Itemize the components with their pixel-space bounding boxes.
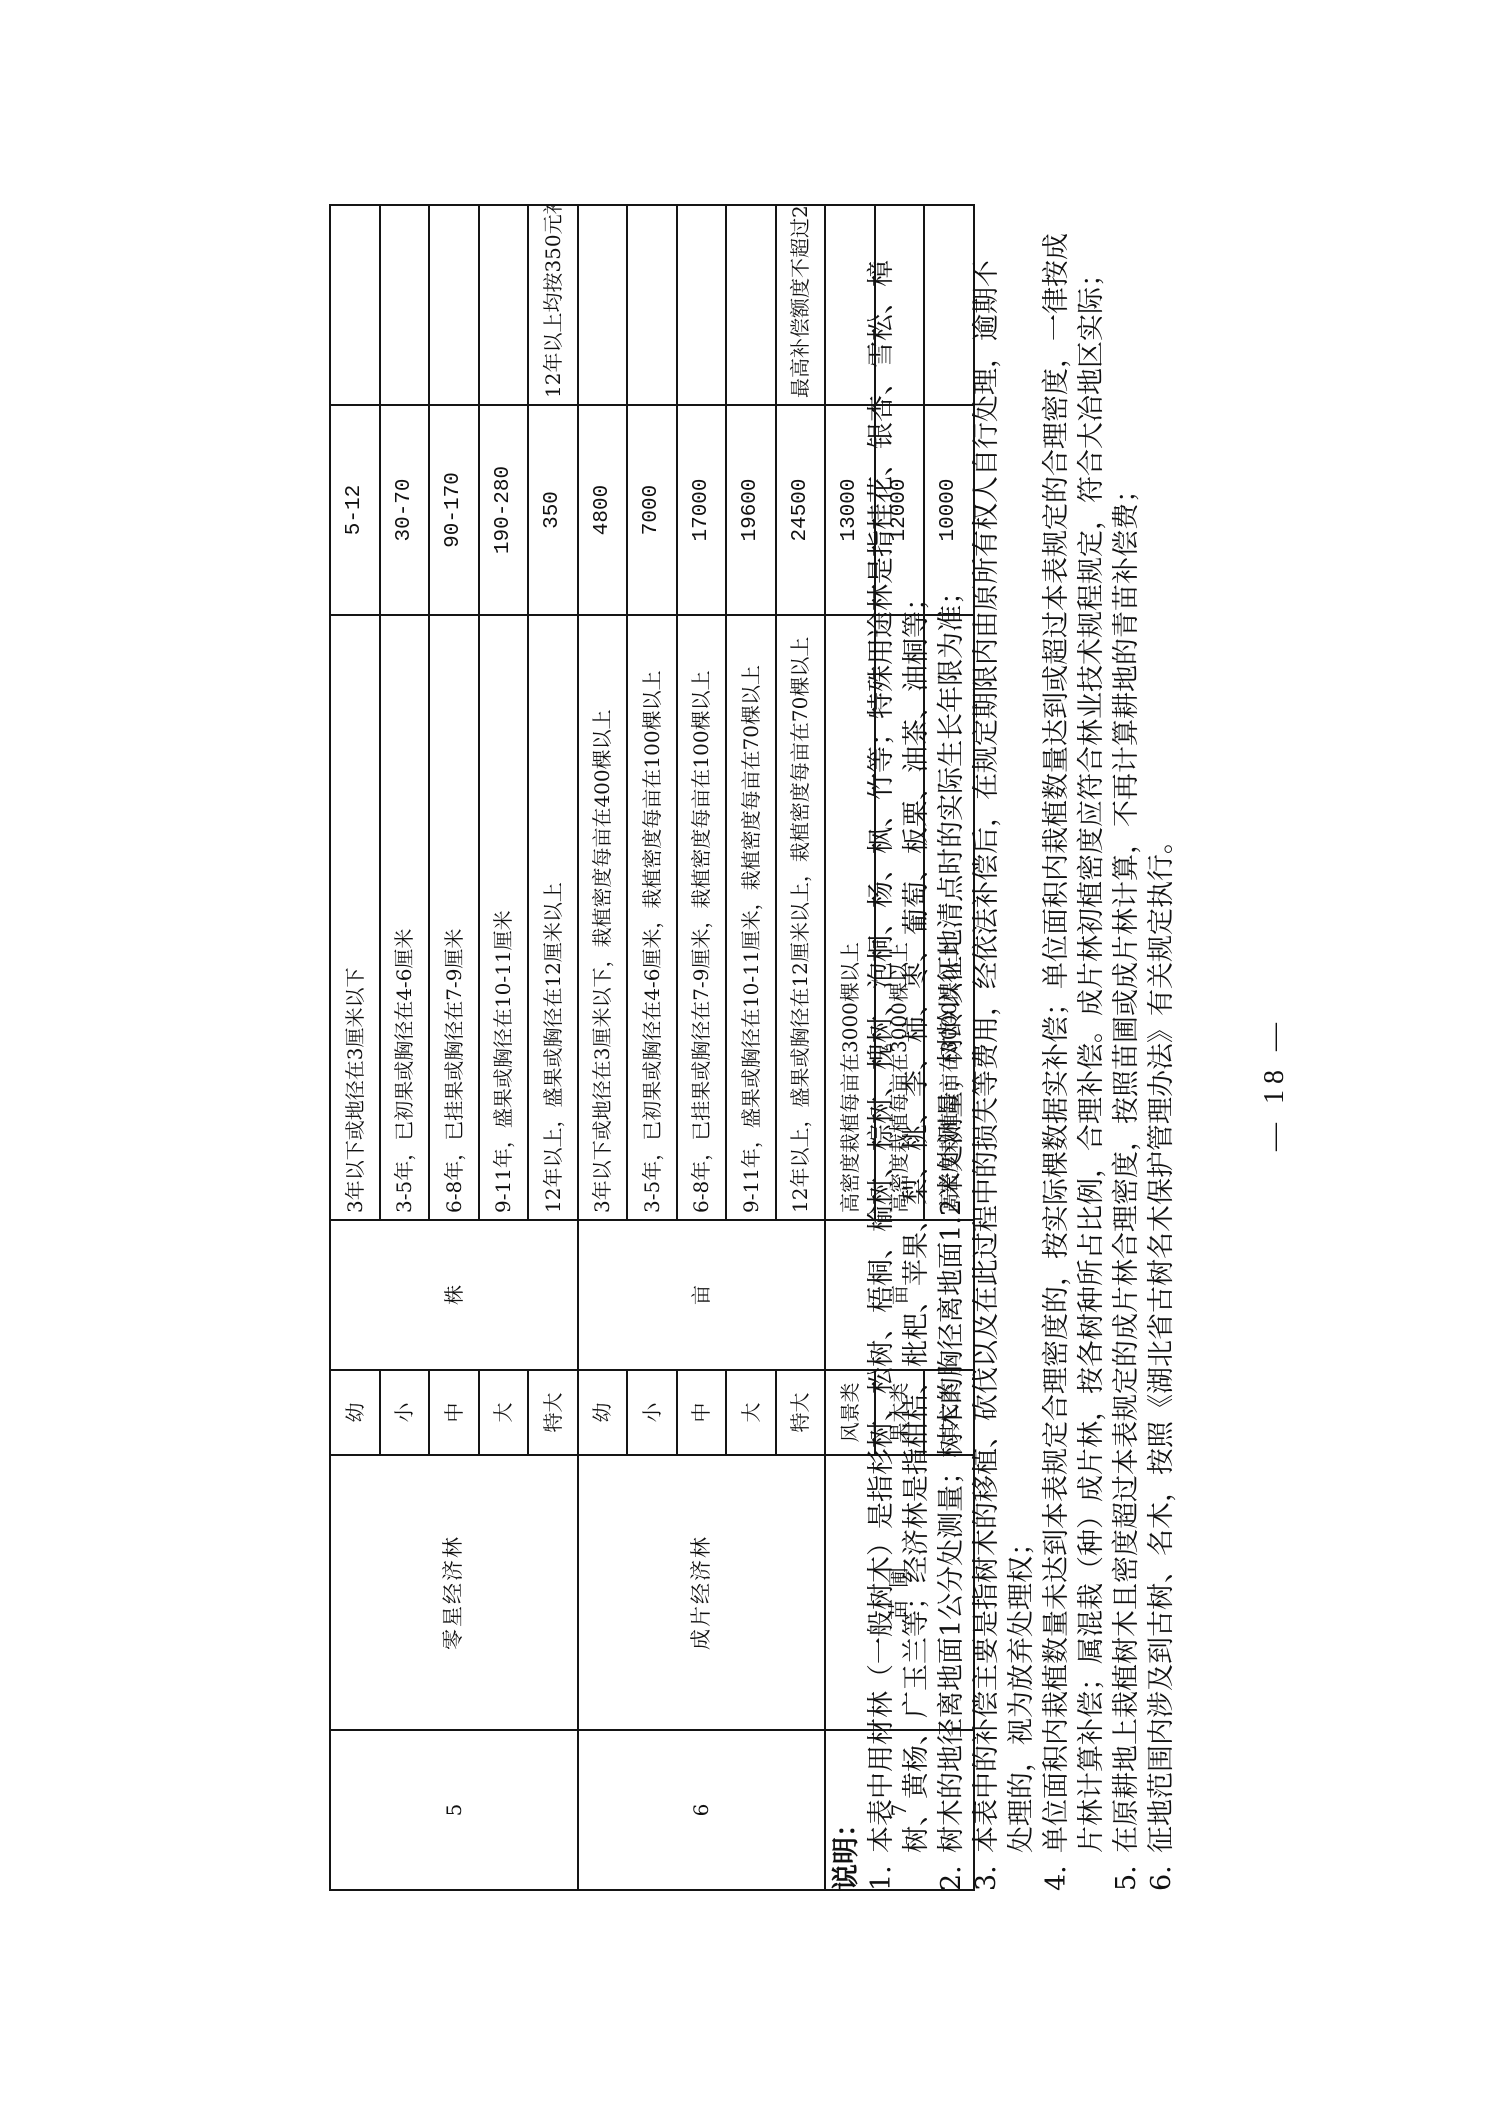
remark-cell: 最高补偿额度不超过24500元/亩 [776,205,826,405]
price-cell: 19600 [726,405,776,615]
note-index: 6. [1144,1853,1179,1891]
remark-cell [578,205,628,405]
page-number: — 18 — [1259,1017,1291,1151]
remark-cell [429,205,479,405]
size-cell: 大 [726,1370,776,1455]
size-cell: 大 [479,1370,529,1455]
remark-cell: 12年以上均按350元补偿 [528,205,578,405]
note-item: 4. 单位面积内栽植数量未达到本表规定合理密度的，按实际棵数据实补偿；单位面积内… [1039,191,1074,1891]
size-cell: 小 [380,1370,430,1455]
standard-cell: 3年以下或地径在3厘米以下 [330,615,380,1220]
remark-cell [677,205,727,405]
row-number: 5 [330,1730,578,1890]
note-item: 3. 本表中的补偿主要是指树木的移植、砍伐以及在此过程中的损失等费用，经依法补偿… [969,191,1004,1891]
note-index: 2. [934,1853,969,1891]
price-cell: 350 [528,405,578,615]
category-cell: 成片经济林 [578,1455,826,1730]
size-cell: 小 [627,1370,677,1455]
note-text-continued: 树、黄杨、广玉兰等；经济林是指柑桔、枇杷、苹果、梨、桃、李、柿、枣、葡萄、板栗、… [899,191,934,1891]
standard-cell: 3-5年，已初果或胸径在4-6厘米 [380,615,430,1220]
unit-cell: 亩 [578,1220,826,1370]
price-cell: 17000 [677,405,727,615]
note-text: 在原耕地上栽植树木且密度超过本表规定的成片林合理密度，按照苗圃或成片林计算，不再… [1109,476,1144,1853]
price-cell: 7000 [627,405,677,615]
unit-cell: 株 [330,1220,578,1370]
notes-section: 说明： 1. 本表中用材林（一般树木）是指杉树、松树、梧桐、榆树、棕树、槐树、泡… [829,191,1179,1891]
price-cell: 30-70 [380,405,430,615]
note-item: 5. 在原耕地上栽植树木且密度超过本表规定的成片林合理密度，按照苗圃或成片林计算… [1109,191,1144,1891]
note-index: 5. [1109,1853,1144,1891]
rotated-document-page: 5 零星经济林 幼 株 3年以下或地径在3厘米以下 5-12 小 3-5年，已初… [124,121,1364,1981]
note-index: 1. [864,1853,899,1891]
price-cell: 4800 [578,405,628,615]
note-text: 本表中的补偿主要是指树木的移植、砍伐以及在此过程中的损失等费用，经依法补偿后，在… [969,260,1004,1853]
note-text-continued: 片林计算补偿；属混栽（种）成片林，按各树种所占比例，合理补偿。成片林初植密度应符… [1074,191,1109,1891]
size-cell: 幼 [578,1370,628,1455]
note-index: 4. [1039,1853,1074,1891]
table-row: 5 零星经济林 幼 株 3年以下或地径在3厘米以下 5-12 [330,205,380,1890]
note-text: 本表中用材林（一般树木）是指杉树、松树、梧桐、榆树、棕树、槐树、泡桐、杨、枫、竹… [864,260,899,1853]
note-item: 6. 征地范围内涉及到古树、名木，按照《湖北省古树名木保护管理办法》有关规定执行… [1144,191,1179,1891]
size-cell: 中 [429,1370,479,1455]
category-cell: 零星经济林 [330,1455,578,1730]
note-text: 树木的地径离地面1公分处测量；树木的胸径离地面1.2米处测量；树龄以征地清点时的… [934,578,969,1853]
standard-cell: 9-11年，盛果或胸径在10-11厘米 [479,615,529,1220]
note-index: 3. [969,1853,1004,1891]
size-cell: 特大 [776,1370,826,1455]
note-item: 1. 本表中用材林（一般树木）是指杉树、松树、梧桐、榆树、棕树、槐树、泡桐、杨、… [864,191,899,1891]
note-text-continued: 处理的，视为放弃处理权； [1004,191,1039,1891]
size-cell: 中 [677,1370,727,1455]
note-item: 2. 树木的地径离地面1公分处测量；树木的胸径离地面1.2米处测量；树龄以征地清… [934,191,969,1891]
price-cell: 5-12 [330,405,380,615]
table-row: 6 成片经济林 幼 亩 3年以下或地径在3厘米以下，栽植密度每亩在400棵以上 … [578,205,628,1890]
price-cell: 190-280 [479,405,529,615]
standard-cell: 6-8年，已挂果或胸径在7-9厘米，栽植密度每亩在100棵以上 [677,615,727,1220]
remark-cell [726,205,776,405]
remark-cell [627,205,677,405]
size-cell: 幼 [330,1370,380,1455]
standard-cell: 12年以上，盛果或胸径在12厘米以上 [528,615,578,1220]
remark-cell [479,205,529,405]
price-cell: 90-170 [429,405,479,615]
size-cell: 特大 [528,1370,578,1455]
standard-cell: 6-8年，已挂果或胸径在7-9厘米 [429,615,479,1220]
row-number: 6 [578,1730,826,1890]
standard-cell: 12年以上，盛果或胸径在12厘米以上，栽植密度每亩在70棵以上 [776,615,826,1220]
remark-cell [380,205,430,405]
standard-cell: 3年以下或地径在3厘米以下，栽植密度每亩在400棵以上 [578,615,628,1220]
notes-title: 说明： [829,191,864,1891]
price-cell: 24500 [776,405,826,615]
standard-cell: 9-11年，盛果或胸径在10-11厘米，栽植密度每亩在70棵以上 [726,615,776,1220]
note-text: 单位面积内栽植数量未达到本表规定合理密度的，按实际棵数据实补偿；单位面积内栽植数… [1039,233,1074,1853]
standard-cell: 3-5年，已初果或胸径在4-6厘米，栽植密度每亩在100棵以上 [627,615,677,1220]
note-text: 征地范围内涉及到古树、名木，按照《湖北省古树名木保护管理办法》有关规定执行。 [1144,827,1179,1853]
remark-cell [330,205,380,405]
